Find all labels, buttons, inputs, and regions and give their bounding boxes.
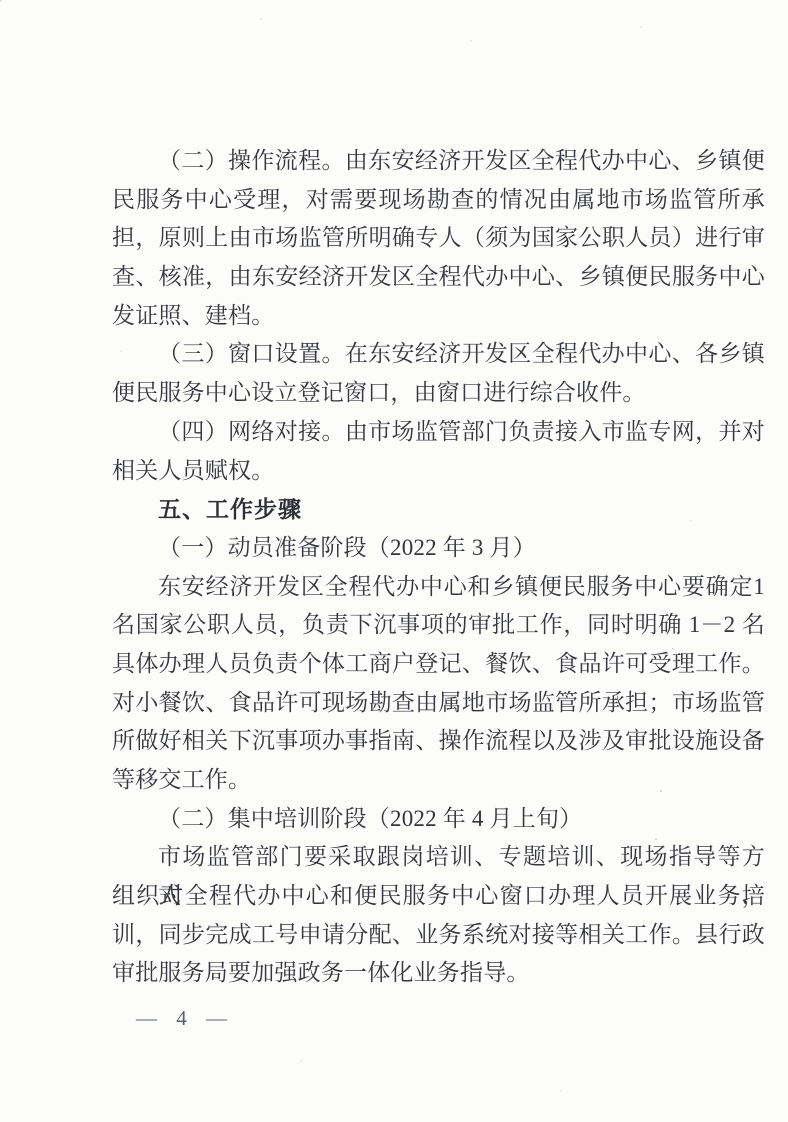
text-line: 便民服务中心设立登记窗口，由窗口进行综合收件。 bbox=[112, 374, 765, 413]
text-line: 市场监管部门要采取跟岗培训、专题培训、现场指导等方式， bbox=[112, 838, 765, 877]
text-line: 相关人员赋权。 bbox=[112, 452, 765, 491]
text-line: 担，原则上由市场监管所明确专人（须为国家公职人员）进行审 bbox=[112, 219, 765, 258]
page-number: — 4 — bbox=[136, 1001, 230, 1035]
text-line: 审批服务局要加强政务一体化业务指导。 bbox=[112, 954, 765, 993]
text-line: （四）网络对接。由市场监管部门负责接入市监专网，并对 bbox=[112, 413, 765, 452]
text-line: 查、核准，由东安经济开发区全程代办中心、乡镇便民服务中心 bbox=[112, 258, 765, 297]
text-line: （二）操作流程。由东安经济开发区全程代办中心、乡镇便 bbox=[112, 142, 765, 181]
document-body: （二）操作流程。由东安经济开发区全程代办中心、乡镇便民服务中心受理，对需要现场勘… bbox=[112, 142, 765, 993]
text-line: 训，同步完成工号申请分配、业务系统对接等相关工作。县行政 bbox=[112, 916, 765, 955]
text-line: 名国家公职人员，负责下沉事项的审批工作，同时明确 1－2 名 bbox=[112, 606, 765, 645]
text-line: 等移交工作。 bbox=[112, 761, 765, 800]
section-heading: 五、工作步骤 bbox=[112, 490, 765, 529]
document-page: （二）操作流程。由东安经济开发区全程代办中心、乡镇便民服务中心受理，对需要现场勘… bbox=[0, 0, 788, 1122]
text-line: （二）集中培训阶段（2022 年 4 月上旬） bbox=[112, 800, 765, 839]
text-line: （一）动员准备阶段（2022 年 3 月） bbox=[112, 529, 765, 568]
text-line: 东安经济开发区全程代办中心和乡镇便民服务中心要确定1 bbox=[112, 568, 765, 607]
text-line: 具体办理人员负责个体工商户登记、餐饮、食品许可受理工作。 bbox=[112, 645, 765, 684]
text-line: （三）窗口设置。在东安经济开发区全程代办中心、各乡镇 bbox=[112, 335, 765, 374]
text-line: 组织对全程代办中心和便民服务中心窗口办理人员开展业务培 bbox=[112, 877, 765, 916]
scan-noise bbox=[0, 0, 2, 2]
text-line: 民服务中心受理，对需要现场勘查的情况由属地市场监管所承 bbox=[112, 181, 765, 220]
text-line: 所做好相关下沉事项办事指南、操作流程以及涉及审批设施设备 bbox=[112, 722, 765, 761]
text-line: 发证照、建档。 bbox=[112, 297, 765, 336]
text-line: 对小餐饮、食品许可现场勘查由属地市场监管所承担；市场监管 bbox=[112, 684, 765, 723]
